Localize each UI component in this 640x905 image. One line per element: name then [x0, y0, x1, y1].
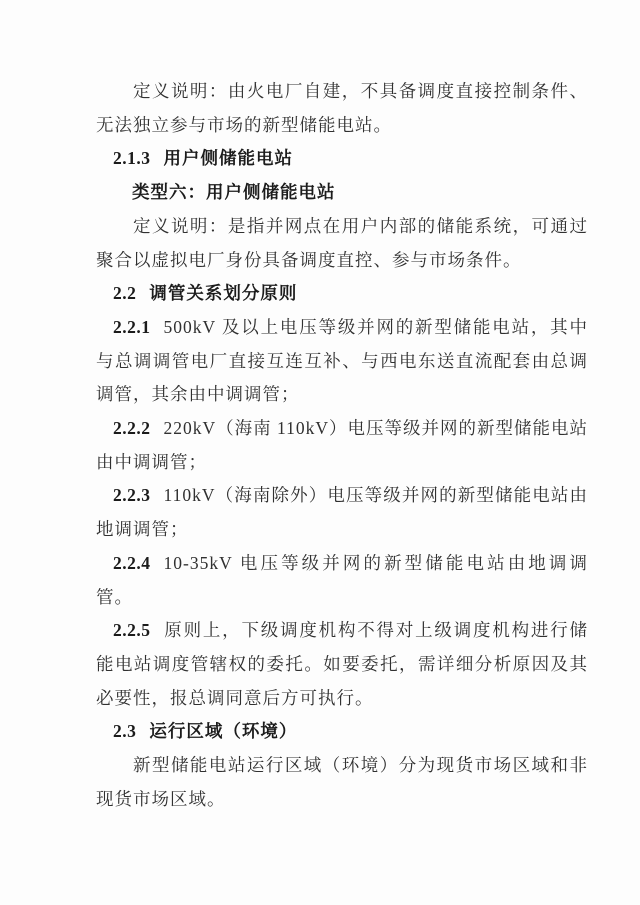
section-number: 2.2.2	[113, 418, 151, 438]
paragraph: 定义说明：是指并网点在用户内部的储能系统，可通过聚合以虚拟电厂身份具备调度直控、…	[96, 210, 588, 277]
paragraph: 2.2.3110kV（海南除外）电压等级并网的新型储能电站由地调调管；	[96, 479, 588, 546]
section-heading: 2.1.3用户侧储能电站	[96, 142, 588, 176]
section-heading: 2.2调管关系划分原则	[96, 277, 588, 311]
paragraph-text: 新型储能电站运行区域（环境）分为现货市场区域和非现货市场区域。	[96, 755, 588, 809]
paragraph-text: 220kV（海南 110kV）电压等级并网的新型储能电站由中调调管；	[96, 418, 588, 472]
section-heading: 类型六：用户侧储能电站	[96, 176, 588, 210]
paragraph: 2.2.410-35kV 电压等级并网的新型储能电站由地调调管。	[96, 547, 588, 614]
paragraph: 定义说明：由火电厂自建，不具备调度直接控制条件、无法独立参与市场的新型储能电站。	[96, 75, 588, 142]
paragraph-text: 110kV（海南除外）电压等级并网的新型储能电站由地调调管；	[96, 485, 588, 539]
paragraph: 2.2.1500kV 及以上电压等级并网的新型储能电站，其中与总调调管电厂直接互…	[96, 311, 588, 412]
paragraph-text: 原则上，下级调度机构不得对上级调度机构进行储能电站调度管辖权的委托。如要委托，需…	[96, 620, 588, 707]
section-number: 2.2.5	[113, 620, 151, 640]
heading-text: 调管关系划分原则	[149, 283, 297, 303]
paragraph: 2.2.5原则上，下级调度机构不得对上级调度机构进行储能电站调度管辖权的委托。如…	[96, 614, 588, 715]
paragraph-text: 10-35kV 电压等级并网的新型储能电站由地调调管。	[96, 553, 588, 607]
paragraph: 2.2.2220kV（海南 110kV）电压等级并网的新型储能电站由中调调管；	[96, 412, 588, 479]
text-column: 定义说明：由火电厂自建，不具备调度直接控制条件、无法独立参与市场的新型储能电站。…	[96, 75, 588, 816]
paragraph: 新型储能电站运行区域（环境）分为现货市场区域和非现货市场区域。	[96, 749, 588, 816]
heading-text: 运行区域（环境）	[149, 721, 297, 741]
paragraph-text: 定义说明：是指并网点在用户内部的储能系统，可通过聚合以虚拟电厂身份具备调度直控、…	[96, 216, 588, 270]
section-number: 2.2	[113, 283, 136, 303]
paragraph-text: 500kV 及以上电压等级并网的新型储能电站，其中与总调调管电厂直接互连互补、与…	[96, 317, 588, 404]
document-page: 定义说明：由火电厂自建，不具备调度直接控制条件、无法独立参与市场的新型储能电站。…	[0, 0, 640, 905]
section-heading: 2.3运行区域（环境）	[96, 715, 588, 749]
heading-text: 类型六：用户侧储能电站	[132, 182, 336, 202]
section-number: 2.3	[113, 721, 136, 741]
section-number: 2.2.1	[113, 317, 151, 337]
section-number: 2.2.3	[113, 485, 151, 505]
heading-text: 用户侧储能电站	[164, 148, 294, 168]
section-number: 2.2.4	[113, 553, 151, 573]
paragraph-text: 定义说明：由火电厂自建，不具备调度直接控制条件、无法独立参与市场的新型储能电站。	[96, 81, 588, 135]
section-number: 2.1.3	[113, 148, 151, 168]
